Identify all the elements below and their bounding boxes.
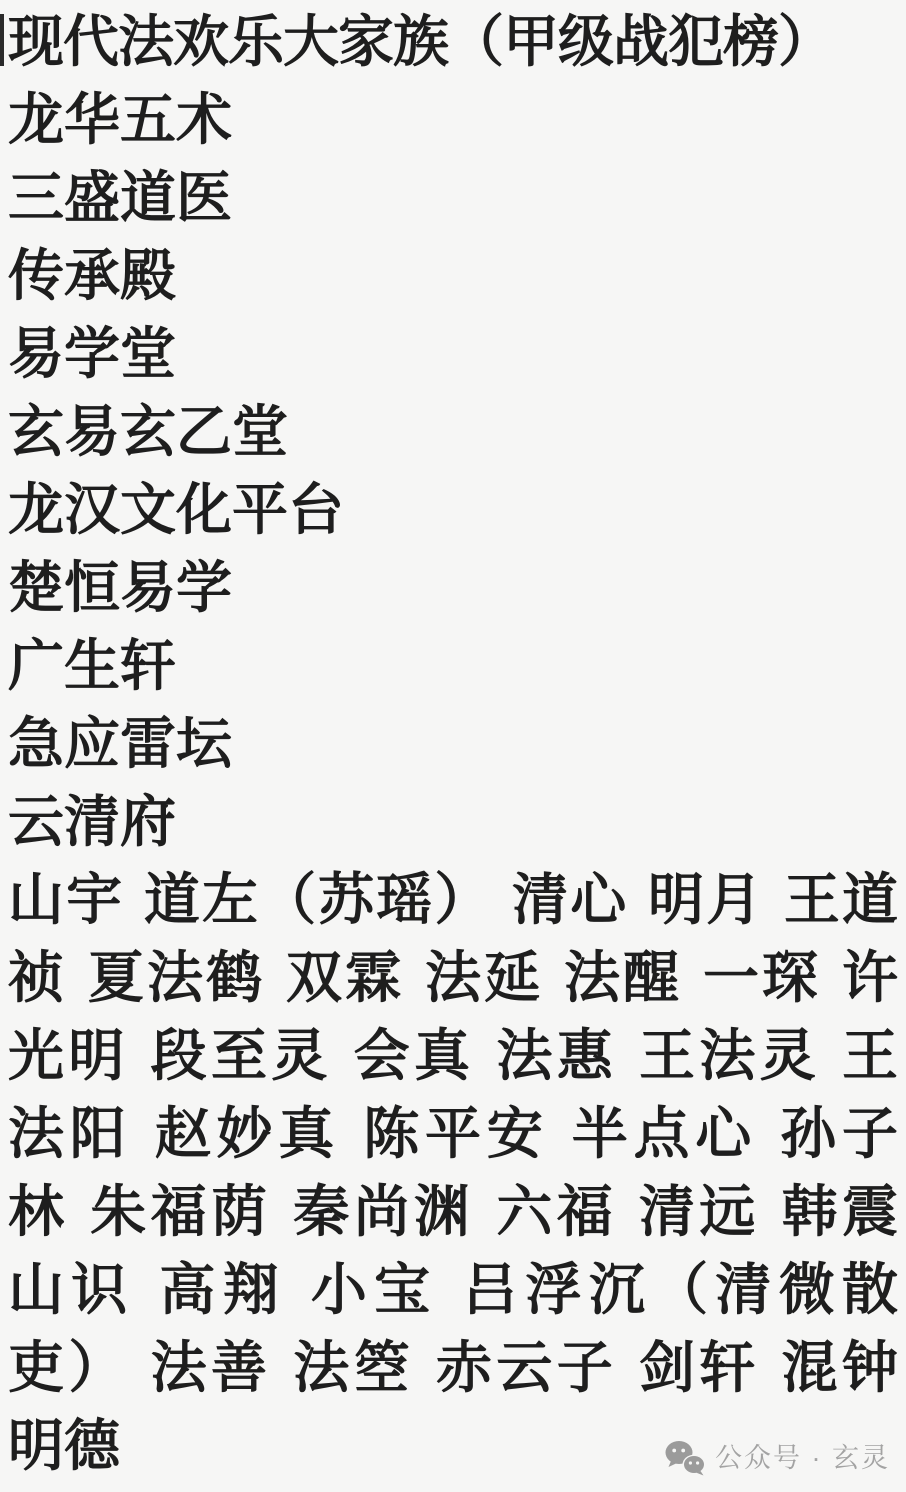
org-list-item: 广生轩	[8, 627, 898, 705]
text-screenshot-page: 现代法欢乐大家族（甲级战犯榜） 龙华五术 三盛道医 传承殿 易学堂 玄易玄乙堂 …	[0, 0, 906, 1492]
org-list-item: 玄易玄乙堂	[8, 393, 898, 471]
org-list-item: 易学堂	[8, 315, 898, 393]
left-edge-crop-artifact	[0, 14, 4, 66]
org-list-item: 楚恒易学	[8, 549, 898, 627]
wechat-icon	[664, 1440, 706, 1476]
watermark: 公众号 · 玄灵	[664, 1440, 890, 1476]
org-list-item: 龙汉文化平台	[8, 471, 898, 549]
names-line: 山宇 道左（苏瑶） 清心 明月 王道	[8, 861, 898, 939]
org-list-item: 三盛道医	[8, 159, 898, 237]
names-line: 法阳 赵妙真 陈平安 半点心 孙子	[8, 1095, 898, 1173]
org-list-item: 云清府	[8, 783, 898, 861]
names-line: 祯 夏法鹤 双霖 法延 法醒 一琛 许	[8, 939, 898, 1017]
names-line: 吏） 法善 法箜 赤云子 剑轩 混钟	[8, 1329, 898, 1407]
names-line: 山识 高翔 小宝 吕浮沉（清微散	[8, 1251, 898, 1329]
page-title: 现代法欢乐大家族（甲级战犯榜）	[8, 3, 898, 81]
org-list-item: 龙华五术	[8, 81, 898, 159]
org-list-item: 急应雷坛	[8, 705, 898, 783]
watermark-label: 公众号 · 玄灵	[715, 1445, 890, 1472]
names-paragraph: 山宇 道左（苏瑶） 清心 明月 王道 祯 夏法鹤 双霖 法延 法醒 一琛 许 光…	[8, 861, 898, 1485]
names-line: 林 朱福荫 秦尚渊 六福 清远 韩震	[8, 1173, 898, 1251]
names-line: 光明 段至灵 会真 法惠 王法灵 王	[8, 1017, 898, 1095]
org-list-item: 传承殿	[8, 237, 898, 315]
org-list: 龙华五术 三盛道医 传承殿 易学堂 玄易玄乙堂 龙汉文化平台 楚恒易学 广生轩 …	[8, 81, 898, 861]
